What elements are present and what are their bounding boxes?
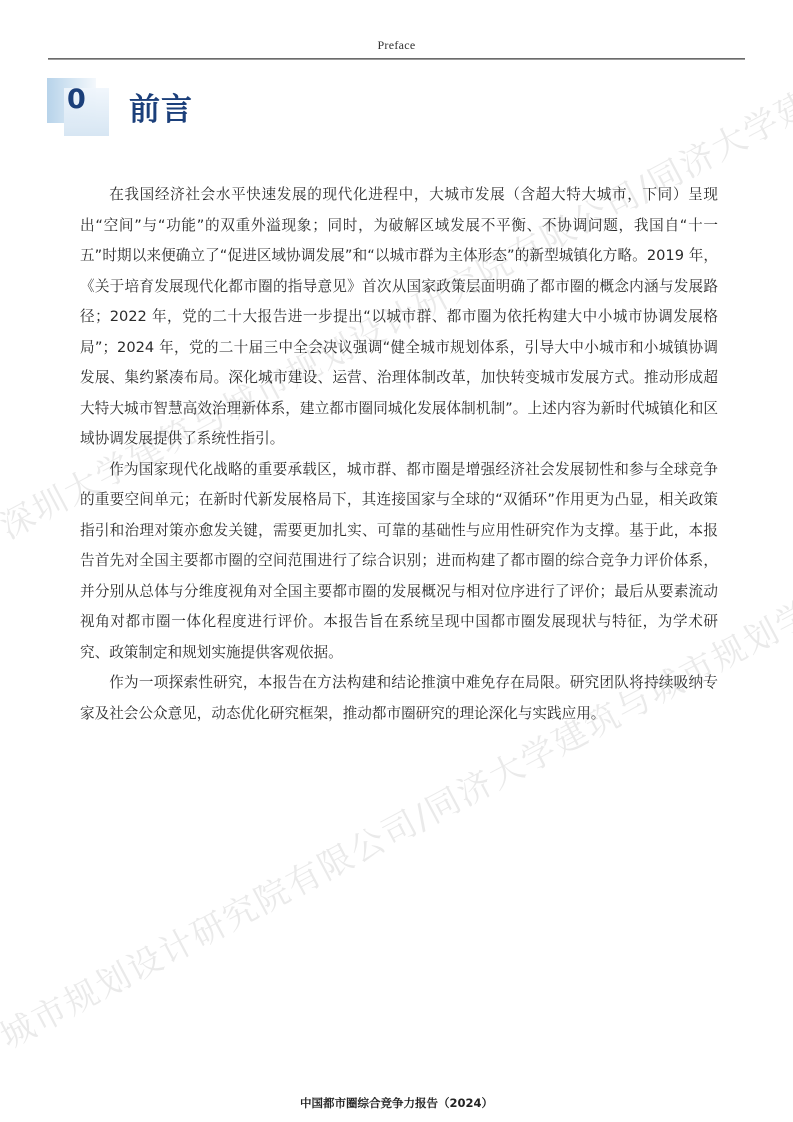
report-footer-title: 中国都市圈综合竞争力报告（2024）	[0, 1095, 793, 1111]
preface-body: 在我国经济社会水平快速发展的现代化进程中，大城市发展（含超大特大城市，下同）呈现…	[80, 180, 718, 729]
paragraph-1: 在我国经济社会水平快速发展的现代化进程中，大城市发展（含超大特大城市，下同）呈现…	[80, 180, 718, 455]
running-header: Preface	[0, 38, 793, 53]
chapter-heading: 0 前言	[47, 78, 347, 138]
chapter-number: 0	[67, 84, 86, 115]
header-divider	[48, 58, 745, 60]
paragraph-3: 作为一项探索性研究，本报告在方法构建和结论推演中难免存在局限。研究团队将持续吸纳…	[80, 668, 718, 729]
chapter-title: 前言	[129, 84, 193, 129]
paragraph-2: 作为国家现代化战略的重要承载区，城市群、都市圈是增强经济社会发展韧性和参与全球竞…	[80, 455, 718, 669]
